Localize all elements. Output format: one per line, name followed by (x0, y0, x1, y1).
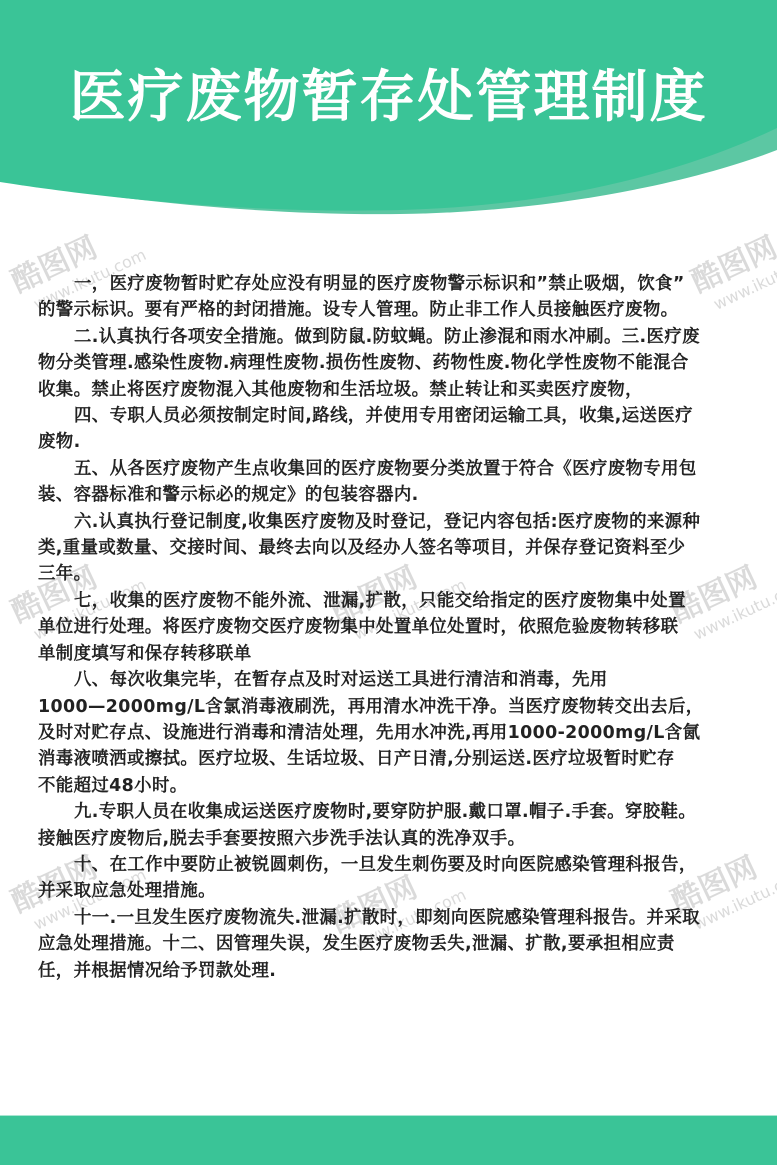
regulation-paragraph-9: 九.专职人员在收集成运送医疗废物时,要穿防护服.戴口罩.帽子.手套。穿胶鞋。 接… (38, 799, 738, 852)
regulation-paragraph-1: 一，医疗废物暂时贮存处应没有明显的医疗废物警示标识和”禁止吸烟，饮食” 的警示标… (38, 271, 738, 324)
text-line: 单位进行处理。将医疗废物交医疗废物集中处置单位处置时，依照危验废物转移联 (38, 614, 738, 640)
text-line: 九.专职人员在收集成运送医疗废物时,要穿防护服.戴口罩.帽子.手套。穿胶鞋。 (38, 799, 738, 825)
text-line: 单制度填写和保存转移联单 (38, 641, 738, 667)
text-line: 的警示标识。要有严格的封闭措施。设专人管理。防止非工作人员接触医疗废物。 (38, 297, 738, 323)
text-line: 三年。 (38, 561, 738, 587)
text-line: 类,重量或数量、交接时间、最终去向以及经办人签名等项目，并保存登记资料至少 (38, 535, 738, 561)
regulation-paragraph-5: 五、从各医疗废物产生点收集回的医疗废物要分类放置于符合《医疗废物专用包 装、容器… (38, 456, 738, 509)
text-line: 并采取应急处理措施。 (38, 878, 738, 904)
text-line: 五、从各医疗废物产生点收集回的医疗废物要分类放置于符合《医疗废物专用包 (38, 456, 738, 482)
text-line: 应急处理措施。十二、因管理失误，发生医疗废物丢失,泄漏、扩散,要承担相应责 (38, 931, 738, 957)
text-line: 及时对贮存点、设施进行消毒和清洁处理，先用水冲洗,再用1000-2000mg/L… (38, 720, 738, 746)
text-line: 消毒液喷洒或擦拭。医疗垃圾、生话垃圾、日产日清,分别运送.医疗垃圾暂时贮存 (38, 746, 738, 772)
text-line: 七，收集的医疗废物不能外流、泄漏,扩散，只能交给指定的医疗废物集中处置 (38, 588, 738, 614)
regulation-paragraph-4: 四、专职人员必须按制定时间,路线，并使用专用密闭运输工具，收集,运送医疗 废物. (38, 403, 738, 456)
text-line: 六.认真执行登记制度,收集医疗废物及时登记，登记内容包括:医疗废物的来源种 (38, 509, 738, 535)
text-line: 物分类管理.感染性废物.病理性废物.损伤性废物、药物性废.物化学性废物不能混合 (38, 350, 738, 376)
footer-band (0, 1115, 777, 1165)
text-line: 十、在工作中要防止被锐圆刺伤，一旦发生刺伤要及时向医院感染管理科报告， (38, 852, 738, 878)
text-line: 八、每次收集完毕，在暂存点及时对运送工具进行清洁和消毒，先用 (38, 667, 738, 693)
regulation-paragraph-11: 十一.一旦发生医疗废物流失.泄漏.扩散时，即刻向医院感染管理科报告。并采取 应急… (38, 905, 738, 984)
header-banner: 医疗废物暂存处管理制度 (0, 0, 777, 230)
text-line: 1000—2000mg/L含氯消毒液刷洗，再用清水冲洗干净。当医疗废物转交出去后… (38, 694, 738, 720)
text-line: 收集。禁止将医疗废物混入其他废物和生活垃圾。禁止转让和买卖医疗废物， (38, 377, 738, 403)
regulation-paragraph-7: 七，收集的医疗废物不能外流、泄漏,扩散，只能交给指定的医疗废物集中处置 单位进行… (38, 588, 738, 667)
text-line: 四、专职人员必须按制定时间,路线，并使用专用密闭运输工具，收集,运送医疗 (38, 403, 738, 429)
text-line: 不能超过48小时。 (38, 773, 738, 799)
regulation-paragraph-2: 二.认真执行各项安全措施。做到防鼠.防蚊蝇。防止渗混和雨水冲刷。三.医疗废 物分… (38, 324, 738, 403)
text-line: 十一.一旦发生医疗废物流失.泄漏.扩散时，即刻向医院感染管理科报告。并采取 (38, 905, 738, 931)
text-line: 接触医疗废物后,脱去手套要按照六步洗手法认真的洗净双手。 (38, 826, 738, 852)
text-line: 一，医疗废物暂时贮存处应没有明显的医疗废物警示标识和”禁止吸烟，饮食” (38, 271, 738, 297)
text-line: 装、容器标准和警示标必的规定》的包装容器内. (38, 482, 738, 508)
text-line: 二.认真执行各项安全措施。做到防鼠.防蚊蝇。防止渗混和雨水冲刷。三.医疗废 (38, 324, 738, 350)
regulation-paragraph-10: 十、在工作中要防止被锐圆刺伤，一旦发生刺伤要及时向医院感染管理科报告， 并采取应… (38, 852, 738, 905)
regulations-body: 一，医疗废物暂时贮存处应没有明显的医疗废物警示标识和”禁止吸烟，饮食” 的警示标… (38, 271, 738, 984)
page-title: 医疗废物暂存处管理制度 (0, 62, 777, 134)
regulation-paragraph-8: 八、每次收集完毕，在暂存点及时对运送工具进行清洁和消毒，先用 1000—2000… (38, 667, 738, 799)
text-line: 废物. (38, 429, 738, 455)
regulation-paragraph-6: 六.认真执行登记制度,收集医疗废物及时登记，登记内容包括:医疗废物的来源种 类,… (38, 509, 738, 588)
text-line: 任，并根据情况给予罚款处理. (38, 958, 738, 984)
